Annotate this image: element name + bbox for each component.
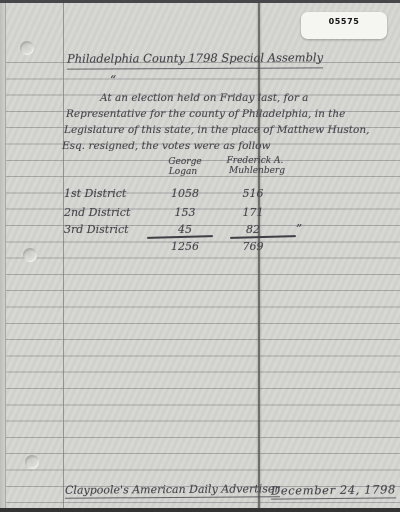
votes-muhlenberg-district-3: 82 bbox=[223, 223, 283, 236]
votes-logan-district-2: 153 bbox=[155, 206, 215, 219]
catalog-sticker: 05575 bbox=[301, 12, 387, 39]
column-header-logan-line1: George bbox=[155, 157, 215, 167]
punch-hole-top bbox=[20, 41, 34, 55]
row-label-district-1: 1st District bbox=[64, 187, 126, 200]
total-votes-logan: 1256 bbox=[155, 240, 215, 253]
citation-source: Claypoole's American Daily Advertiser bbox=[65, 482, 280, 498]
punch-hole-middle bbox=[23, 248, 37, 262]
votes-logan-district-1: 1058 bbox=[155, 187, 215, 200]
punch-hole-bottom bbox=[25, 455, 39, 469]
paragraph-line-3: Legislature of this state, in the place … bbox=[64, 124, 369, 136]
page-title: Philadelphia County 1798 Special Assembl… bbox=[67, 50, 323, 69]
scan-top-edge bbox=[0, 0, 400, 3]
votes-muhlenberg-district-2: 171 bbox=[223, 206, 283, 219]
scan-bottom-edge bbox=[0, 508, 400, 512]
center-crease-line bbox=[258, 0, 260, 512]
column-header-muhlenberg-line2: Muhlenberg bbox=[227, 166, 287, 176]
scanned-notebook-page: 05575 Philadelphia County 1798 Special A… bbox=[0, 0, 400, 512]
closing-quote-mark: ” bbox=[296, 222, 302, 236]
citation-date: December 24, 1798 bbox=[271, 482, 396, 499]
paragraph-line-4: Esq. resigned, the votes were as follow bbox=[62, 140, 270, 152]
row-label-district-3: 3rd District bbox=[64, 223, 129, 236]
votes-logan-district-3: 45 bbox=[155, 223, 215, 236]
total-votes-muhlenberg: 769 bbox=[223, 240, 283, 253]
votes-muhlenberg-district-1: 516 bbox=[223, 187, 283, 200]
opening-quote-mark: “ bbox=[110, 73, 116, 87]
margin-line bbox=[63, 0, 64, 512]
paragraph-line-1: At an election held on Friday last, for … bbox=[100, 92, 308, 104]
column-header-muhlenberg-line1: Frederick A. bbox=[225, 156, 285, 166]
column-header-logan-line2: Logan bbox=[153, 167, 213, 177]
paragraph-line-2: Representative for the county of Philade… bbox=[66, 108, 345, 120]
catalog-number: 05575 bbox=[301, 17, 387, 26]
paper-left-edge bbox=[0, 0, 6, 512]
row-label-district-2: 2nd District bbox=[64, 206, 130, 219]
